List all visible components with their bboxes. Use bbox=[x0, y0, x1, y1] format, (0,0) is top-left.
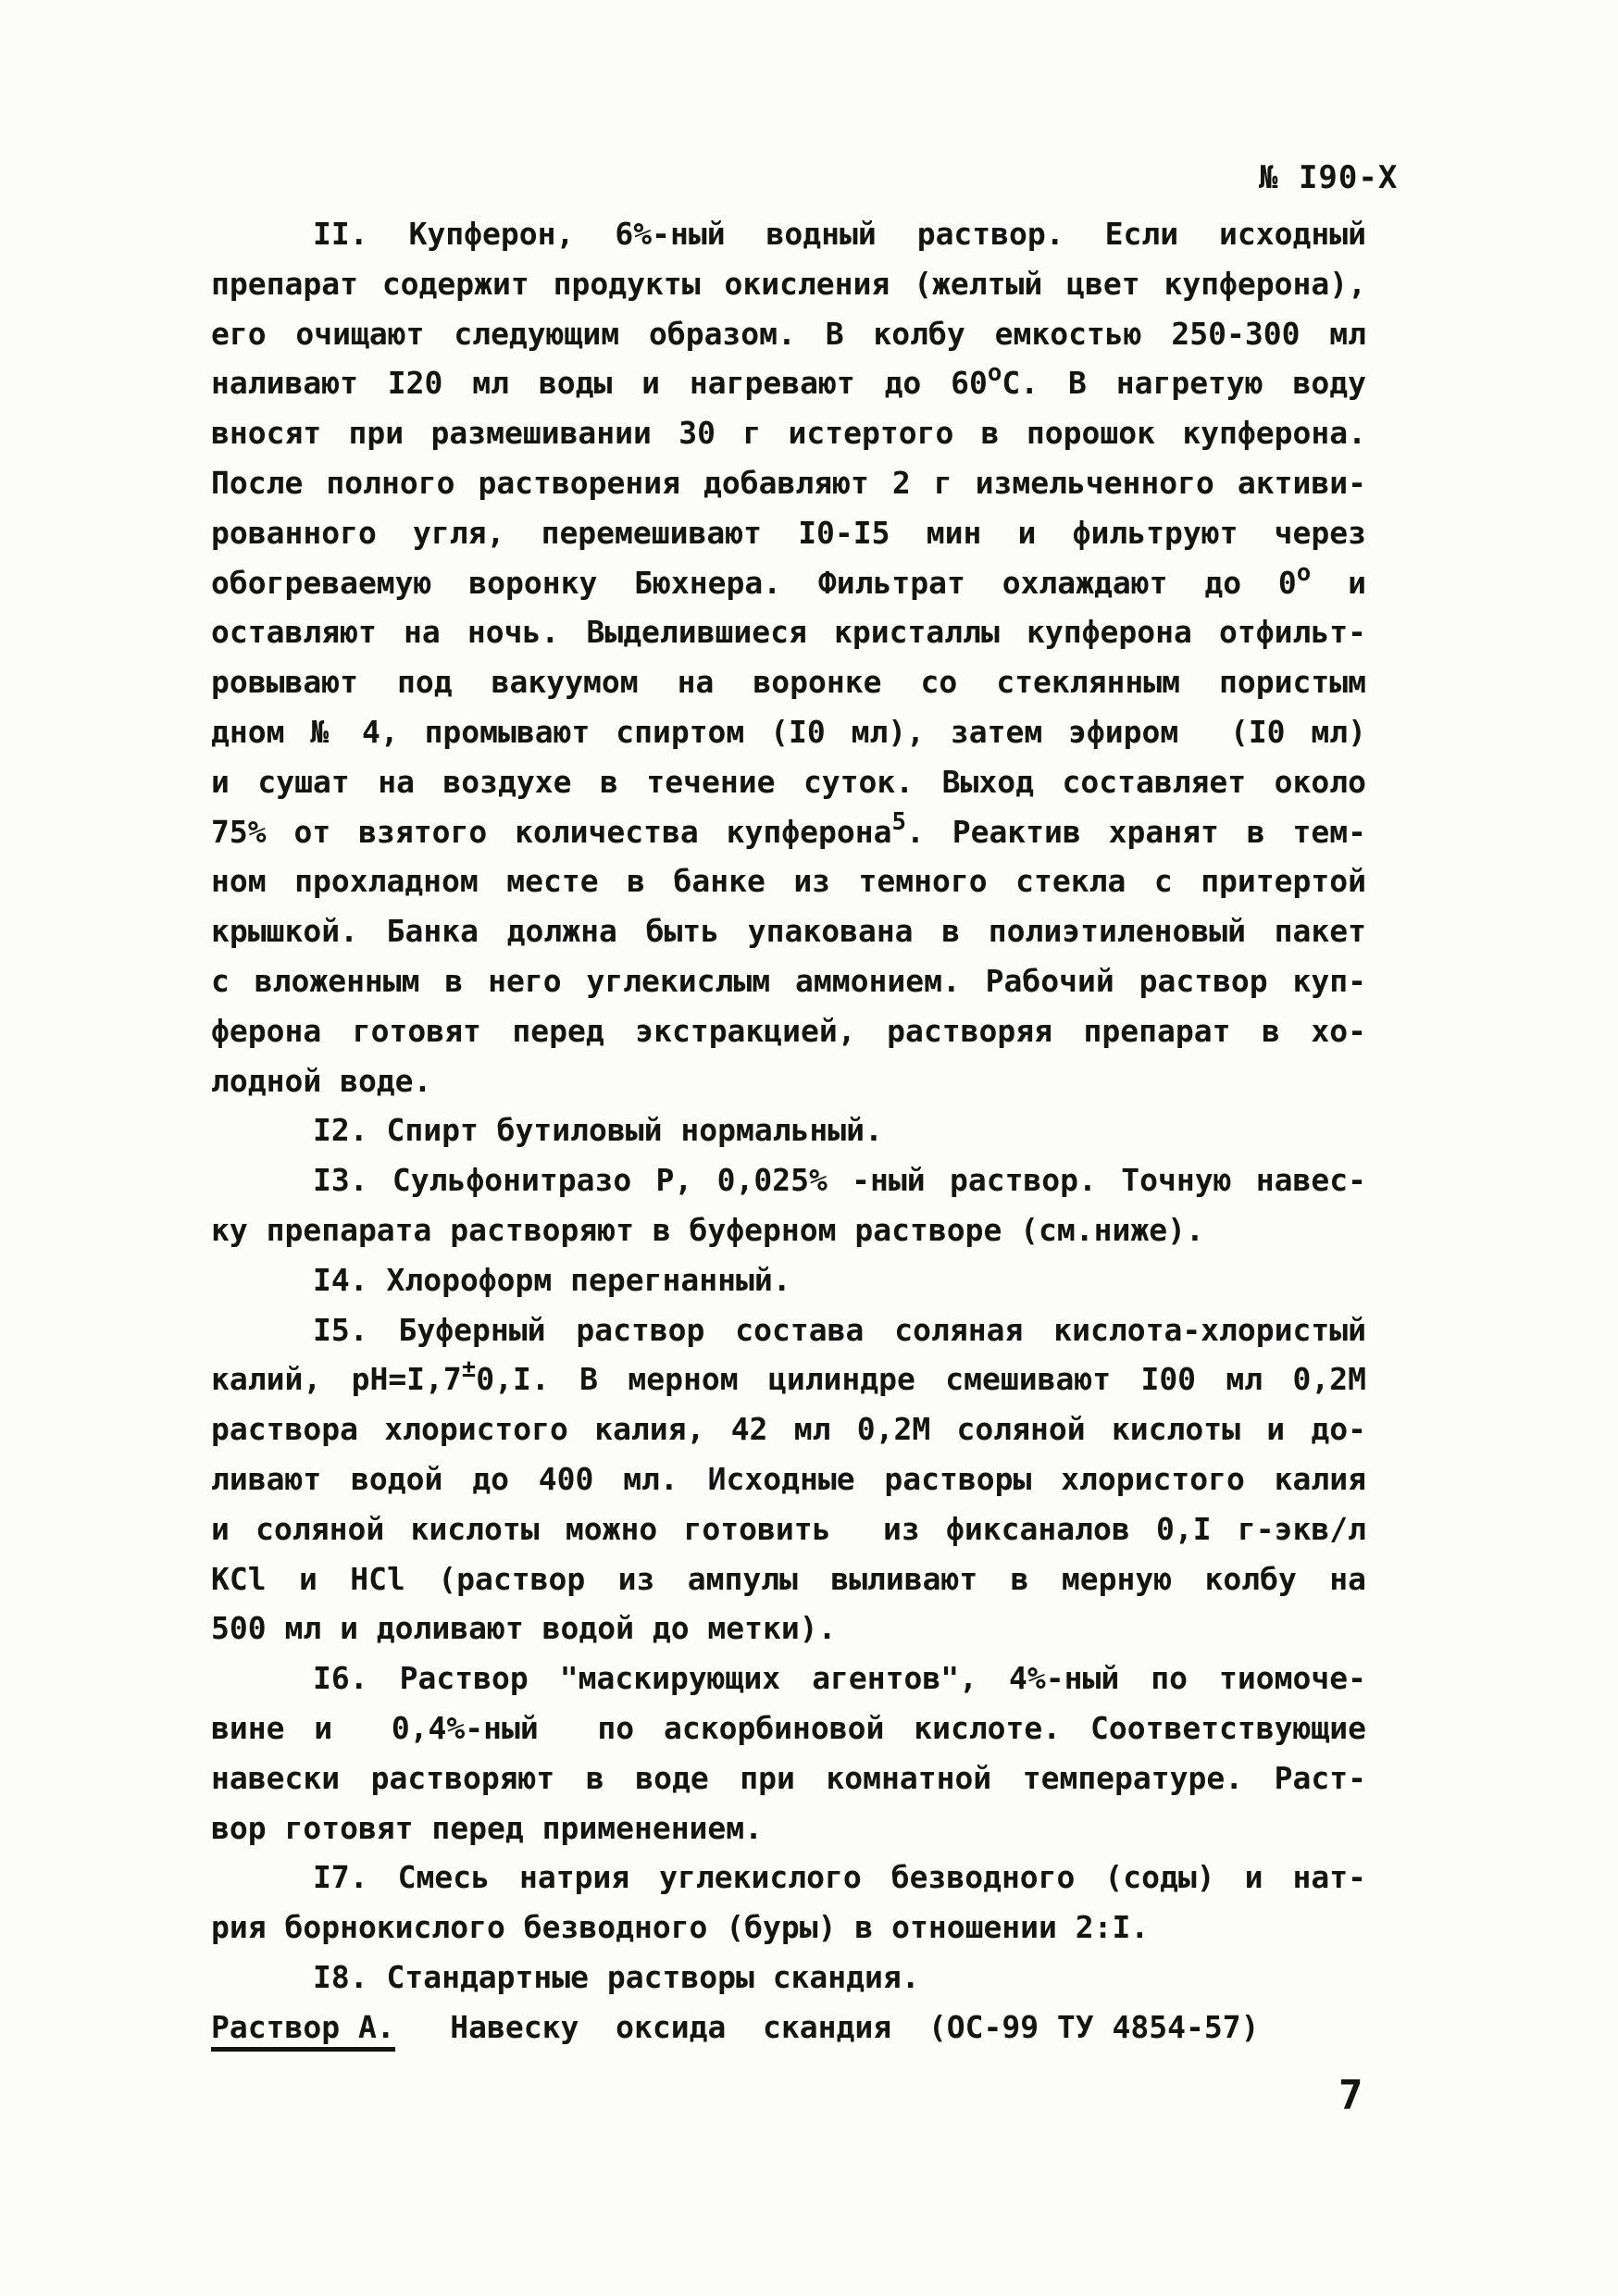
line-text: 0,I. В мерном цилиндре смешивают I00 мл … bbox=[476, 1361, 1366, 1397]
superscript-text: ± bbox=[462, 1345, 477, 1395]
text-line: I8. Стандартные растворы скандия. bbox=[211, 1953, 1366, 2003]
line-text: ровывают под вакуумом на воронке со стек… bbox=[211, 664, 1366, 700]
text-line: ном прохладном месте в банке из темного … bbox=[211, 856, 1366, 906]
line-text: I5. Буферный раствор состава соляная кис… bbox=[313, 1312, 1366, 1348]
line-text: I4. Хлороформ перегнанный. bbox=[313, 1262, 791, 1298]
line-text: KCl и HCl (раствор из ампулы выливают в … bbox=[211, 1561, 1366, 1597]
line-text: рованного угля, перемешивают I0-I5 мин и… bbox=[211, 515, 1366, 551]
text-line: 75% от взятого количества купферона5. Ре… bbox=[211, 807, 1366, 857]
line-text: лодной воде. bbox=[211, 1063, 431, 1099]
line-text: наливают I20 мл воды и нагревают до 60 bbox=[211, 365, 988, 401]
line-text: I7. Смесь натрия углекислого безводного … bbox=[313, 1859, 1366, 1895]
line-text: Навеску оксида скандия (ОС-99 ТУ 4854-57… bbox=[395, 2009, 1260, 2045]
text-line: навески растворяют в воде при комнатной … bbox=[211, 1753, 1366, 1803]
line-text: 500 мл и доливают водой до метки). bbox=[211, 1610, 837, 1646]
text-line: рованного угля, перемешивают I0-I5 мин и… bbox=[211, 508, 1366, 558]
text-line: лодной воде. bbox=[211, 1056, 1366, 1106]
text-lines: II. Купферон, 6%-ный водный раствор. Есл… bbox=[211, 209, 1366, 2052]
text-line: крышкой. Банка должна быть упакована в п… bbox=[211, 906, 1366, 956]
line-text: калий, pH=I,7 bbox=[211, 1361, 462, 1397]
line-text: вор готовят перед применением. bbox=[211, 1810, 763, 1846]
text-line: оставляют на ночь. Выделившиеся кристалл… bbox=[211, 607, 1366, 657]
line-text: ном прохладном месте в банке из темного … bbox=[211, 863, 1366, 899]
text-line: I3. Сульфонитразо Р, 0,025% -ный раствор… bbox=[211, 1155, 1366, 1205]
text-line: I2. Спирт бутиловый нормальный. bbox=[211, 1105, 1366, 1155]
text-line: После полного растворения добавляют 2 г … bbox=[211, 458, 1366, 508]
line-text: I2. Спирт бутиловый нормальный. bbox=[313, 1112, 883, 1148]
line-text: I6. Раствор "маскирующих агентов", 4%-ны… bbox=[313, 1660, 1366, 1696]
text-line: препарат содержит продукты окисления (же… bbox=[211, 259, 1366, 309]
line-text: навески растворяют в воде при комнатной … bbox=[211, 1760, 1366, 1796]
text-line: вор готовят перед применением. bbox=[211, 1803, 1366, 1853]
text-line: I4. Хлороформ перегнанный. bbox=[211, 1255, 1366, 1305]
text-line: II. Купферон, 6%-ный водный раствор. Есл… bbox=[211, 209, 1366, 259]
line-text: II. Купферон, 6%-ный водный раствор. Есл… bbox=[313, 216, 1366, 252]
text-line: дном № 4, промывают спиртом (I0 мл), зат… bbox=[211, 707, 1366, 757]
line-text: вносят при размешивании 30 г истертого в… bbox=[211, 415, 1366, 451]
text-line: наливают I20 мл воды и нагревают до 60оС… bbox=[211, 358, 1366, 408]
text-line: ку препарата растворяют в буферном раств… bbox=[211, 1205, 1366, 1255]
line-text: оставляют на ночь. Выделившиеся кристалл… bbox=[211, 614, 1366, 650]
line-text: С. В нагретую воду bbox=[1002, 365, 1366, 401]
text-line: Раствор А. Навеску оксида скандия (ОС-99… bbox=[211, 2003, 1366, 2053]
text-line: и сушат на воздухе в течение суток. Выхо… bbox=[211, 757, 1366, 807]
underlined-text: Раствор А. bbox=[211, 2009, 395, 2052]
text-line: ферона готовят перед экстракцией, раство… bbox=[211, 1006, 1366, 1056]
line-text: препарат содержит продукты окисления (же… bbox=[211, 266, 1366, 302]
text-line: раствора хлористого калия, 42 мл 0,2М со… bbox=[211, 1404, 1366, 1454]
line-text: крышкой. Банка должна быть упакована в п… bbox=[211, 913, 1366, 949]
text-line: с вложенным в него углекислым аммонием. … bbox=[211, 956, 1366, 1006]
text-line: и соляной кислоты можно готовить из фикс… bbox=[211, 1504, 1366, 1554]
text-line: ливают водой до 400 мл. Исходные раствор… bbox=[211, 1454, 1366, 1504]
line-text: и сушат на воздухе в течение суток. Выхо… bbox=[211, 764, 1366, 800]
superscript-text: о bbox=[988, 349, 1002, 399]
line-text: 75% от взятого количества купферона bbox=[211, 814, 891, 850]
text-line: калий, pH=I,7±0,I. В мерном цилиндре сме… bbox=[211, 1354, 1366, 1404]
text-line: его очищают следующим образом. В колбу е… bbox=[211, 309, 1366, 359]
text-line: рия борнокислого безводного (буры) в отн… bbox=[211, 1903, 1366, 1953]
superscript-text: 5 bbox=[891, 797, 906, 847]
text-line: I5. Буферный раствор состава соляная кис… bbox=[211, 1305, 1366, 1355]
text-line: вносят при размешивании 30 г истертого в… bbox=[211, 408, 1366, 458]
line-text: . Реактив хранят в тем- bbox=[906, 814, 1366, 850]
line-text: с вложенным в него углекислым аммонием. … bbox=[211, 963, 1366, 999]
line-text: раствора хлористого калия, 42 мл 0,2М со… bbox=[211, 1411, 1366, 1447]
text-line: KCl и HCl (раствор из ампулы выливают в … bbox=[211, 1554, 1366, 1604]
superscript-text: о bbox=[1297, 548, 1312, 598]
line-text: вине и 0,4%-ный по аскорбиновой кислоте.… bbox=[211, 1710, 1366, 1746]
text-line: I6. Раствор "маскирующих агентов", 4%-ны… bbox=[211, 1653, 1366, 1703]
line-text: ливают водой до 400 мл. Исходные раствор… bbox=[211, 1461, 1366, 1497]
scanned-document-page: № I90-Х II. Купферон, 6%-ный водный раст… bbox=[0, 0, 1618, 2296]
line-text: I3. Сульфонитразо Р, 0,025% -ный раствор… bbox=[313, 1162, 1366, 1198]
line-text: После полного растворения добавляют 2 г … bbox=[211, 465, 1366, 501]
document-number: № I90-Х bbox=[1259, 159, 1398, 196]
line-text: его очищают следующим образом. В колбу е… bbox=[211, 316, 1366, 352]
page-number: 7 bbox=[1338, 2072, 1363, 2119]
text-line: ровывают под вакуумом на воронке со стек… bbox=[211, 657, 1366, 707]
line-text: ферона готовят перед экстракцией, раство… bbox=[211, 1013, 1366, 1049]
text-line: I7. Смесь натрия углекислого безводного … bbox=[211, 1853, 1366, 1903]
line-text: дном № 4, промывают спиртом (I0 мл), зат… bbox=[211, 714, 1366, 750]
line-text: ку препарата растворяют в буферном раств… bbox=[211, 1212, 1204, 1248]
text-line: вине и 0,4%-ный по аскорбиновой кислоте.… bbox=[211, 1703, 1366, 1753]
text-line: обогреваемую воронку Бюхнера. Фильтрат о… bbox=[211, 558, 1366, 608]
line-text: рия борнокислого безводного (буры) в отн… bbox=[211, 1909, 1149, 1945]
line-text: и bbox=[1311, 565, 1366, 601]
text-line: 500 мл и доливают водой до метки). bbox=[211, 1603, 1366, 1653]
line-text: I8. Стандартные растворы скандия. bbox=[313, 1959, 920, 1995]
line-text: и соляной кислоты можно готовить из фикс… bbox=[211, 1511, 1366, 1547]
line-text: обогреваемую воронку Бюхнера. Фильтрат о… bbox=[211, 565, 1297, 601]
